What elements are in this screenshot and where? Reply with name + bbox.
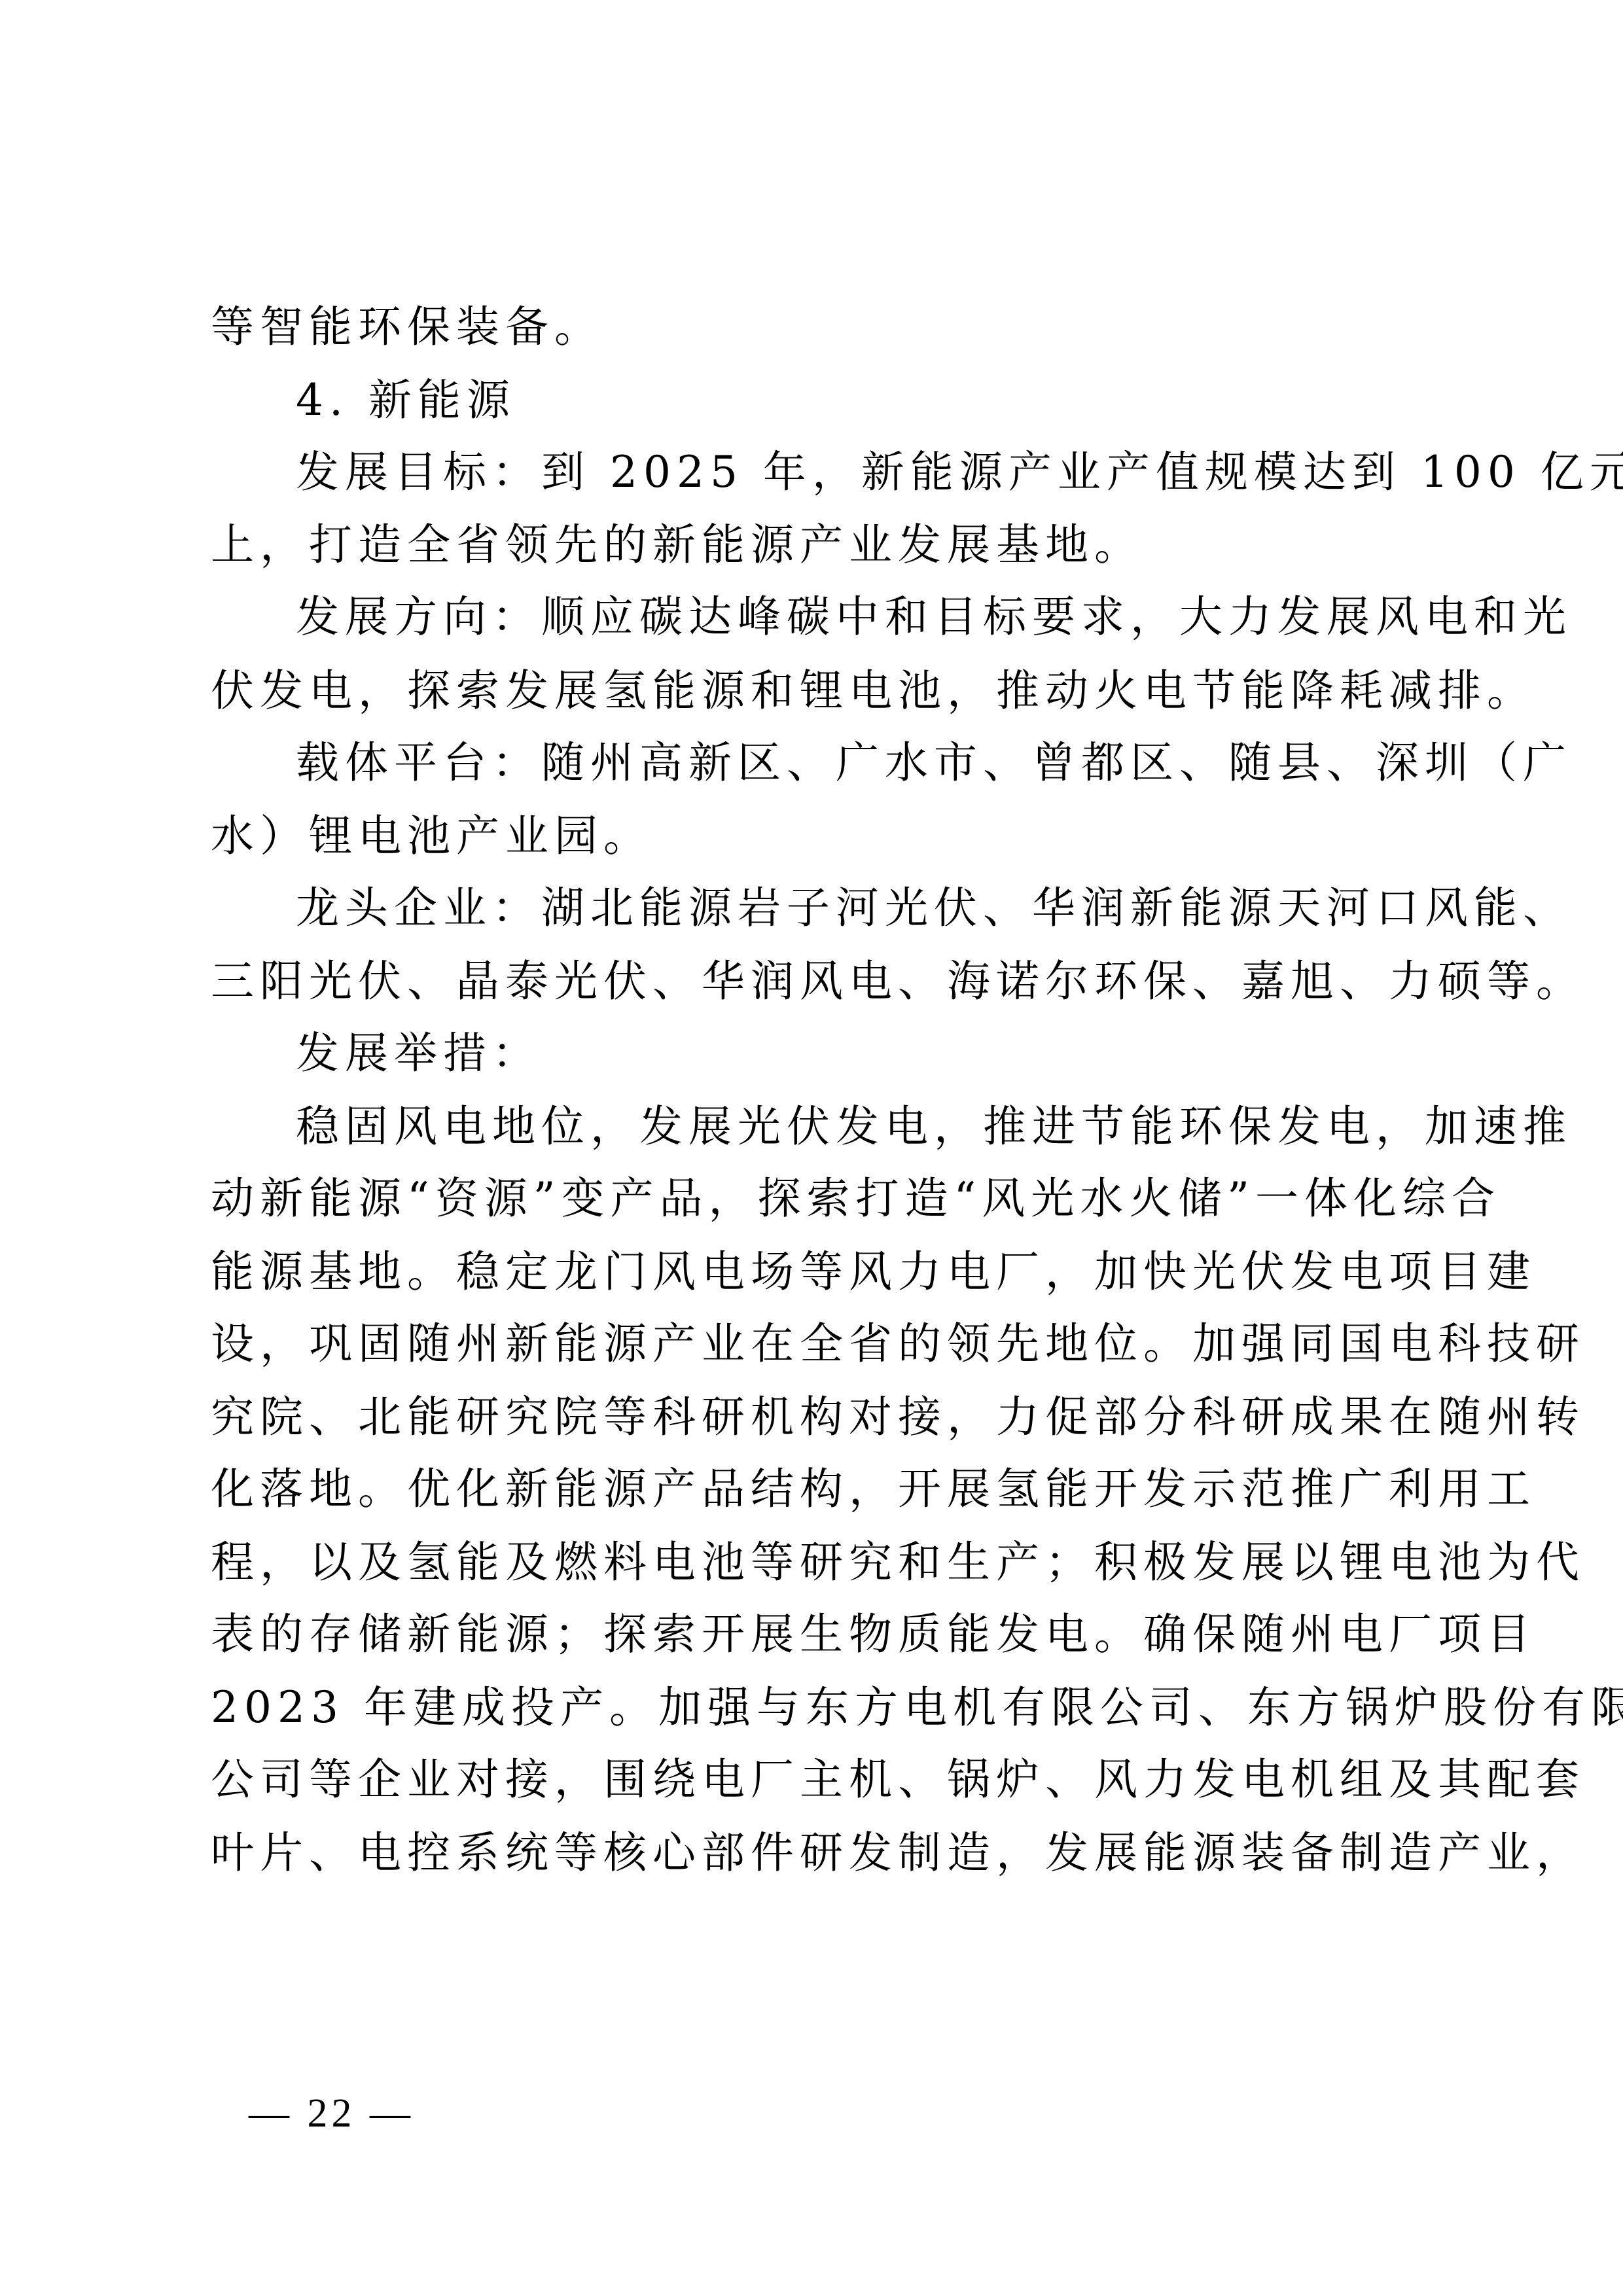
text-line: 设，巩固随州新能源产业在全省的领先地位。加强同国电科技研 xyxy=(211,1307,1418,1381)
text-line: 发展举措： xyxy=(296,1017,1418,1090)
text-line: 上，打造全省领先的新能源产业发展基地。 xyxy=(211,508,1418,582)
text-line: 究院、北能研究院等科研机构对接，力促部分科研成果在随州转 xyxy=(211,1381,1418,1454)
text-line: 程，以及氢能及燃料电池等研究和生产；积极发展以锂电池为代 xyxy=(211,1526,1418,1599)
text-line: 表的存储新能源；探索开展生物质能发电。确保随州电厂项目 xyxy=(211,1598,1418,1671)
text-line: 发展目标：到 2025 年，新能源产业产值规模达到 100 亿元以 xyxy=(296,436,1418,509)
text-line: 2023 年建成投产。加强与东方电机有限公司、东方锅炉股份有限 xyxy=(211,1671,1418,1744)
text-line: 叶片、电控系统等核心部件研发制造，发展能源装备制造产业， xyxy=(211,1816,1418,1890)
text-line: 稳固风电地位，发展光伏发电，推进节能环保发电，加速推 xyxy=(296,1090,1418,1163)
page-number: — 22 — xyxy=(249,2087,414,2140)
text-line: 能源基地。稳定龙门风电场等风力电厂，加快光伏发电项目建 xyxy=(211,1235,1418,1309)
section-heading: 4. 新能源 xyxy=(296,364,1418,437)
text-line: 载体平台：随州高新区、广水市、曾都区、随县、深圳（广 xyxy=(296,726,1418,800)
document-page: 等智能环保装备。 4. 新能源 发展目标：到 2025 年，新能源产业产值规模达… xyxy=(0,0,1623,2296)
text-line: 伏发电，探索发展氢能源和锂电池，推动火电节能降耗减排。 xyxy=(211,654,1418,728)
text-line: 等智能环保装备。 xyxy=(211,291,1418,364)
text-line: 三阳光伏、晶泰光伏、华润风电、海诺尔环保、嘉旭、力硕等。 xyxy=(211,945,1418,1018)
text-line: 公司等企业对接，围绕电厂主机、锅炉、风力发电机组及其配套 xyxy=(211,1743,1418,1816)
text-line: 发展方向：顺应碳达峰碳中和目标要求，大力发展风电和光 xyxy=(296,580,1418,654)
text-line: 化落地。优化新能源产品结构，开展氢能开发示范推广利用工 xyxy=(211,1453,1418,1526)
text-line: 水）锂电池产业园。 xyxy=(211,800,1418,873)
text-line: 动新能源“资源”变产品，探索打造“风光水火储”一体化综合 xyxy=(211,1162,1418,1235)
text-line: 龙头企业：湖北能源岩子河光伏、华润新能源天河口风能、 xyxy=(296,872,1418,945)
